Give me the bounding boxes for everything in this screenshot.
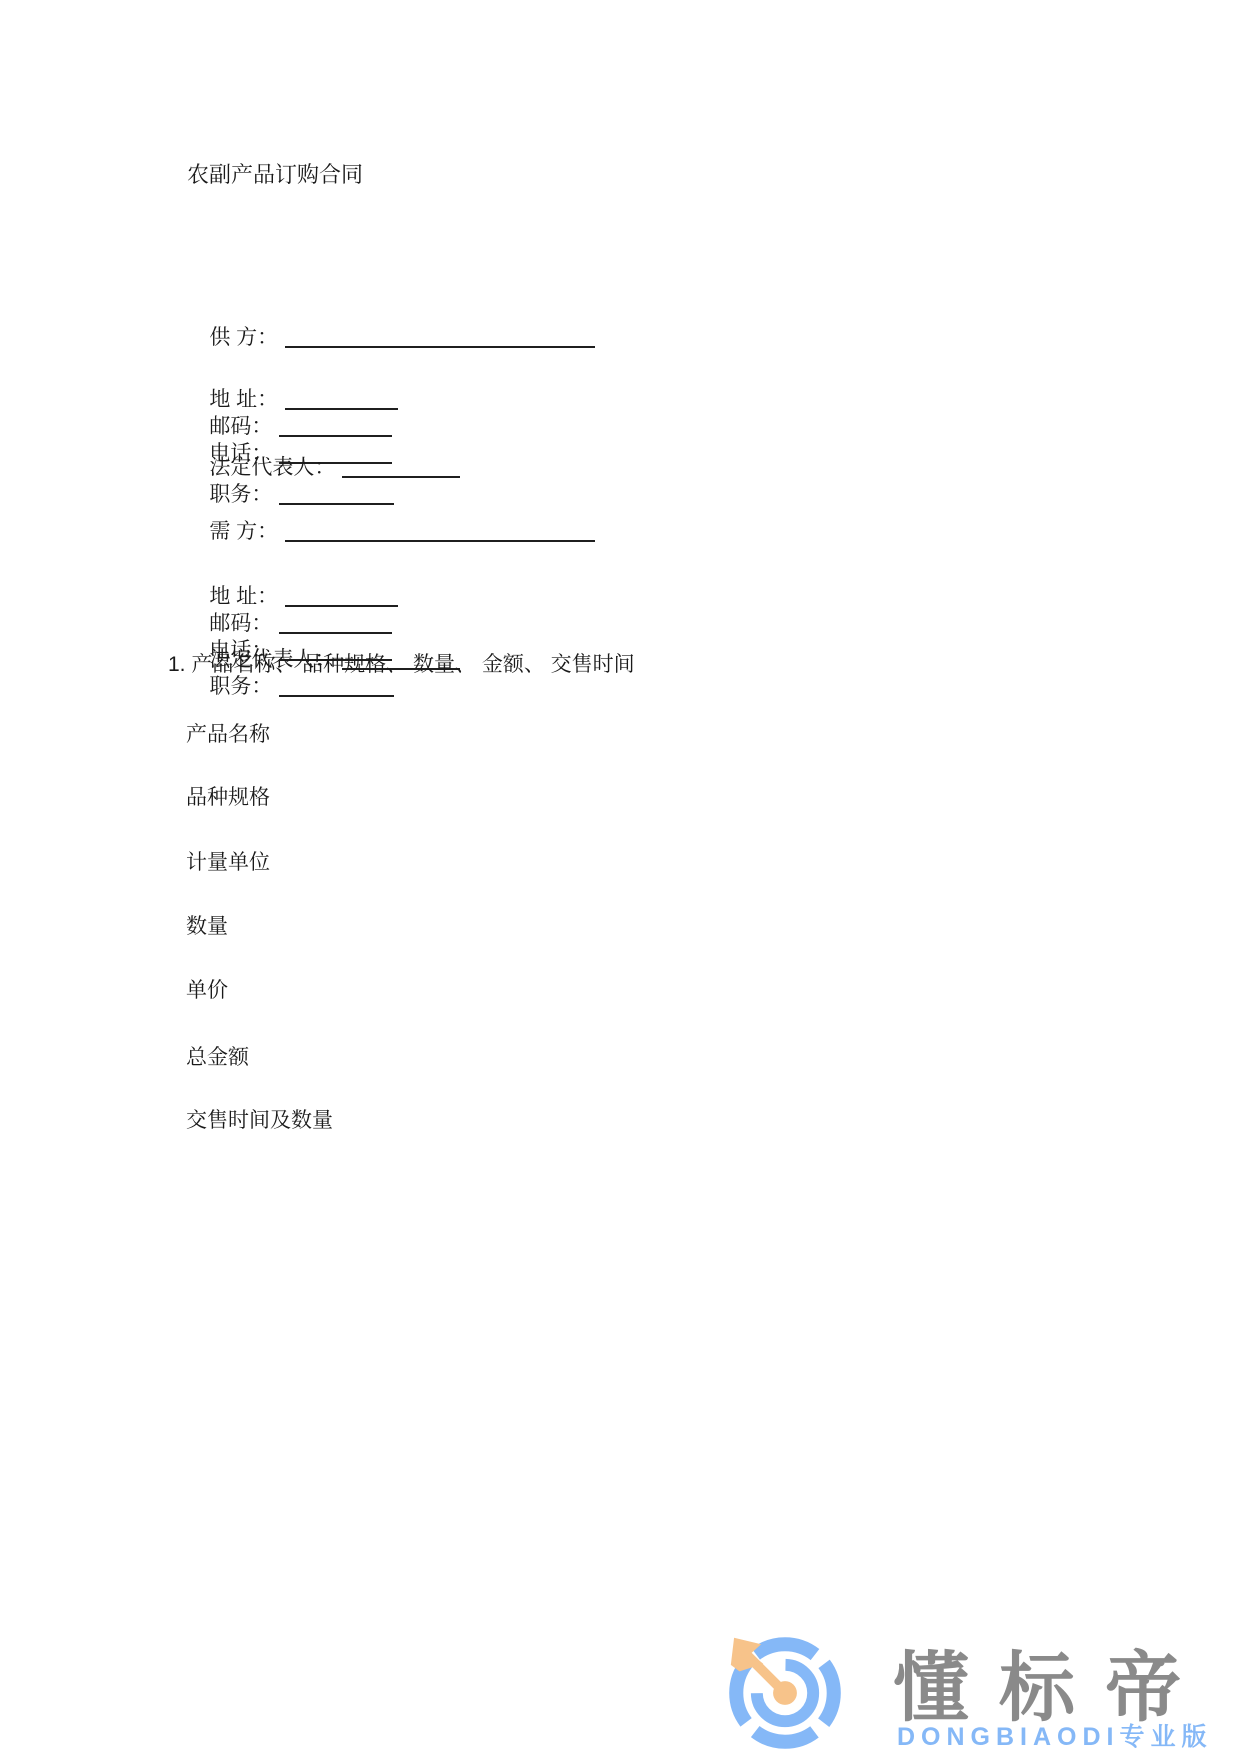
supplier-label: 供 方： (209, 326, 278, 349)
clause-1: 1. 产品名称、 品种规格、 数量、 金额、 交售时间 (168, 651, 635, 678)
watermark-target-logo-icon (720, 1628, 850, 1754)
buyer-name-blank (285, 540, 595, 542)
address-label: 地 址： (209, 388, 278, 411)
field-quantity: 数量 (186, 913, 228, 940)
field-unit-price: 单价 (186, 977, 228, 1004)
watermark-brand-name: 懂标帝 (893, 1650, 1211, 1728)
field-product-name: 产品名称 (186, 721, 270, 748)
address-blank (285, 605, 398, 607)
buyer-label: 需 方： (209, 520, 278, 543)
address-label: 地 址： (209, 585, 278, 608)
legal-rep-blank (342, 476, 460, 478)
job-title-blank (279, 695, 394, 697)
field-delivery-time: 交售时间及数量 (186, 1107, 333, 1134)
document-page: 农副产品订购合同 供 方： 地 址： 邮码： 电话： 法定代表人： 职务： 需 … (0, 0, 1241, 1754)
legal-rep-label: 法定代表人： (209, 456, 335, 479)
page-title: 农副产品订购合同 (187, 162, 363, 188)
supplier-name-blank (285, 346, 595, 348)
watermark-brand-subtitle: DONGBIAODI专业版 (897, 1724, 1213, 1751)
job-title-label: 职务： (209, 675, 272, 698)
field-unit: 计量单位 (186, 849, 270, 876)
field-variety-spec: 品种规格 (186, 784, 270, 811)
address-blank (285, 408, 398, 410)
field-total-amount: 总金额 (186, 1044, 249, 1071)
